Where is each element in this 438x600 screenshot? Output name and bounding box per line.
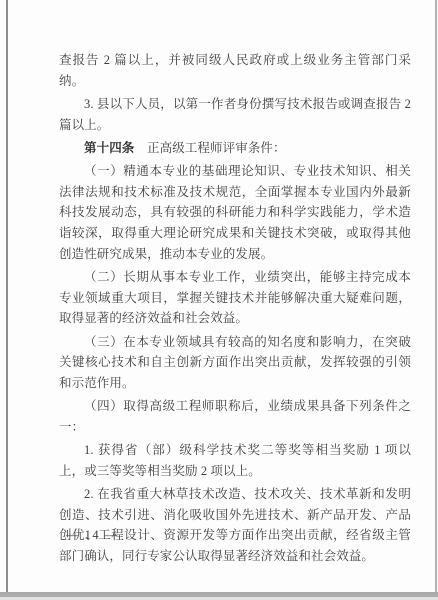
- paragraph-text: 3. 县以下人员，以第一作者身份撰写技术报告或调查报告 2 篇以上。: [59, 97, 411, 132]
- paragraph-clause-3: （三）在本专业领域具有较高的知名度和影响力，在突破关键核心技术和自主创新方面作出…: [59, 332, 411, 394]
- paragraph-text: （三）在本专业领域具有较高的知名度和影响力，在突破关键核心技术和自主创新方面作出…: [59, 335, 411, 390]
- paragraph-item-3: 3. 县以下人员，以第一作者身份撰写技术报告或调查报告 2 篇以上。: [59, 94, 411, 135]
- document-body: 查报告 2 篇以上，并被同级人民政府或上级业务主管部门采纳。 3. 县以下人员，…: [59, 50, 411, 567]
- page-number: — 14 —: [66, 528, 119, 543]
- page-right-edge: [435, 0, 437, 594]
- paragraph-clause-1: （一）精通本专业的基础理论知识、专业技术知识、相关法律法规和技术标准及技术规范，…: [59, 161, 411, 265]
- article-title-text: 正高级工程师评审条件：: [134, 141, 285, 155]
- paragraph-text: （二）长期从事本专业工作，业绩突出，能够主持完成本专业领域重大项目，掌握关键技术…: [59, 270, 411, 325]
- paragraph-text: 查报告 2 篇以上，并被同级人民政府或上级业务主管部门采纳。: [59, 53, 411, 88]
- article-heading-paragraph: 第十四条 正高级工程师评审条件：: [59, 138, 411, 159]
- paragraph-subitem-1: 1. 获得省（部）级科学技术奖二等奖等相当奖励 1 项以上，或三等奖等相当奖励 …: [59, 440, 411, 481]
- article-number: 第十四条: [84, 141, 134, 155]
- document-page: 查报告 2 篇以上，并被同级人民政府或上级业务主管部门采纳。 3. 县以下人员，…: [0, 0, 438, 600]
- paragraph-subitem-2: 2. 在我省重大林草技术改造、技术攻关、技术革新和发明创造、技术引进、消化吸收国…: [59, 484, 411, 567]
- paragraph-text: 1. 获得省（部）级科学技术奖二等奖等相当奖励 1 项以上，或三等奖等相当奖励 …: [59, 443, 411, 478]
- paragraph-clause-2: （二）长期从事本专业工作，业绩突出，能够主持完成本专业领域重大项目，掌握关键技术…: [59, 267, 411, 329]
- paragraph-continuation: 查报告 2 篇以上，并被同级人民政府或上级业务主管部门采纳。: [59, 50, 411, 91]
- page-left-edge: [6, 0, 8, 594]
- paragraph-text: 2. 在我省重大林草技术改造、技术攻关、技术革新和发明创造、技术引进、消化吸收国…: [59, 487, 411, 563]
- paragraph-text: （一）精通本专业的基础理论知识、专业技术知识、相关法律法规和技术标准及技术规范，…: [59, 164, 411, 261]
- paragraph-text: （四）取得高级工程师职称后，业绩成果具备下列条件之一：: [59, 399, 411, 434]
- paragraph-clause-4: （四）取得高级工程师职称后，业绩成果具备下列条件之一：: [59, 396, 411, 437]
